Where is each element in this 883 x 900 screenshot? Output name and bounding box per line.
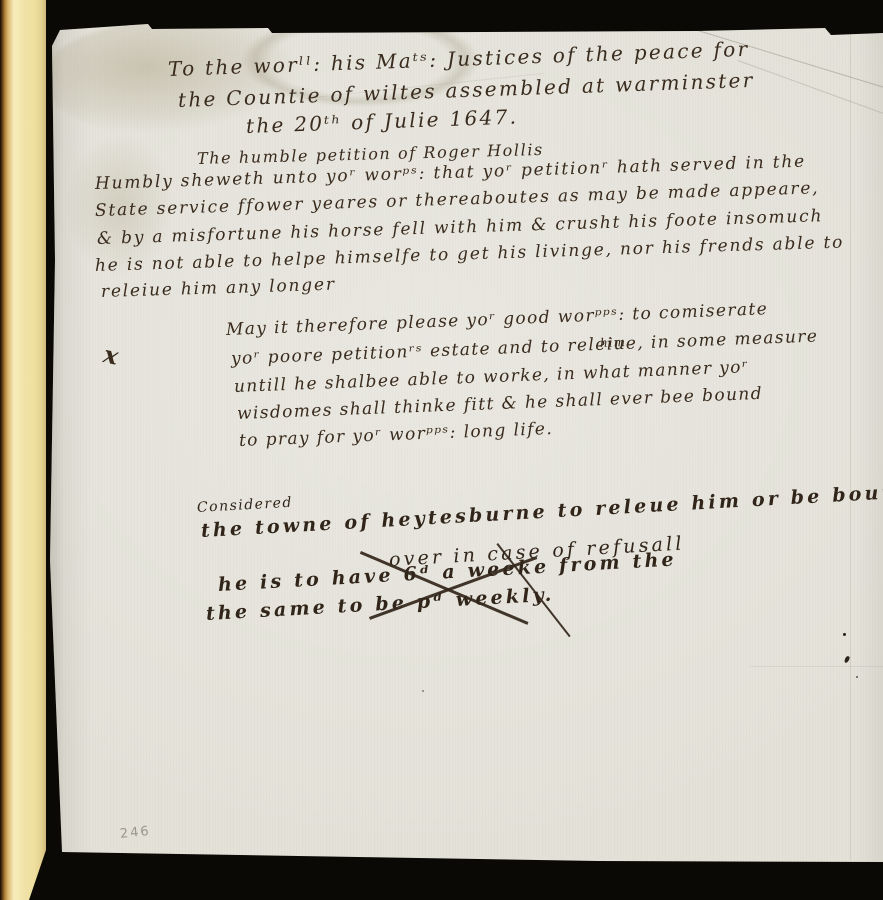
manuscript-photo: To the worˡˡ: his Maᵗˢ: Justices of the … bbox=[0, 0, 883, 900]
paper-crease bbox=[738, 60, 883, 117]
book-edge-pages bbox=[0, 0, 46, 900]
ink-speck bbox=[843, 633, 846, 636]
paper-sheet bbox=[50, 0, 883, 900]
ink-speck bbox=[856, 676, 858, 678]
paper-fold-line bbox=[850, 32, 851, 860]
ink-speck bbox=[844, 655, 851, 663]
interlinear-insertion: him bbox=[600, 335, 626, 350]
paper-crease bbox=[750, 666, 883, 667]
ink-speck bbox=[422, 690, 424, 692]
pencil-folio-number: 246 bbox=[119, 824, 151, 842]
